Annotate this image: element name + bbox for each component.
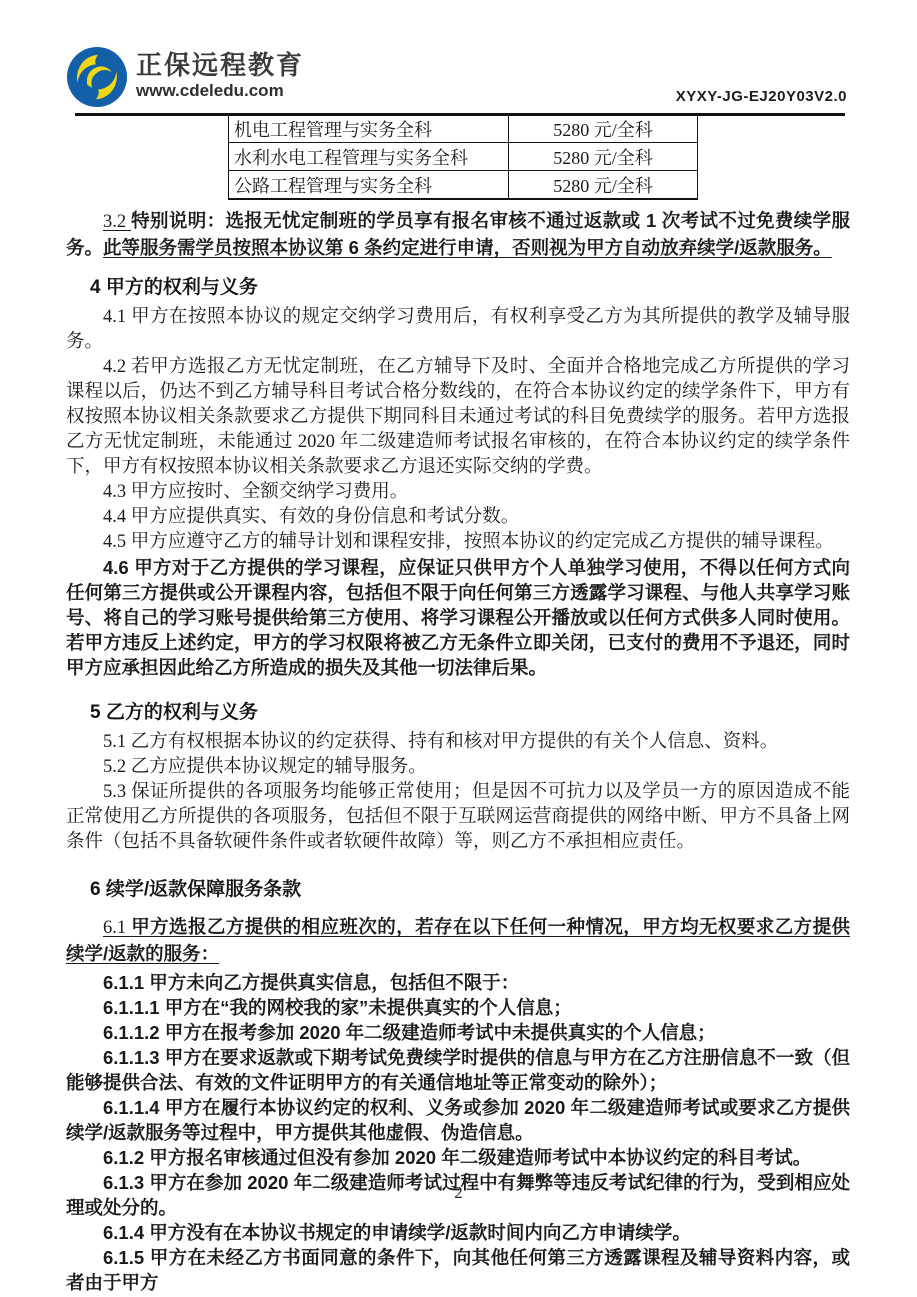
section-6-heading: 6 续学/返款保障服务条款 [90,877,850,902]
clause-6-1-text: 甲方选报乙方提供的相应班次的，若存在以下任何一种情况，甲方均无权要求乙方提供续学… [66,916,850,964]
course-cell: 公路工程管理与实务全科 [229,171,509,200]
clause-4-6: 4.6 甲方对于乙方提供的学习课程，应保证只供甲方个人单独学习使用，不得以任何方… [66,555,850,680]
header-divider-rule [75,113,845,116]
brand-name: 正保远程教育 [136,50,304,80]
price-cell: 5280 元/全科 [509,171,698,200]
clause-4-4: 4.4 甲方应提供真实、有效的身份信息和考试分数。 [66,505,850,530]
course-price-table: 机电工程管理与实务全科 5280 元/全科 水利水电工程管理与实务全科 5280… [228,114,698,200]
page-number: 2 [0,1183,917,1203]
clause-6-1-1-2: 6.1.1.2 甲方在报考参加 2020 年二级建造师考试中未提供真实的个人信息… [66,1020,850,1045]
contract-body: 3.2 特别说明：选报无忧定制班的学员享有报名审核不通过返款或 1 次考试不过免… [66,208,850,1295]
brand-text-block: 正保远程教育 www.cdeledu.com [136,46,304,102]
clause-5-3: 5.3 保证所提供的各项服务均能够正常使用；但是因不可抗力以及学员一方的原因造成… [66,780,850,855]
clause-4-5: 4.5 甲方应遵守乙方的辅导计划和课程安排，按照本协议的约定完成乙方提供的辅导课… [66,530,850,555]
clause-5-1: 5.1 乙方有权根据本协议的约定获得、持有和核对甲方提供的有关个人信息、资料。 [66,730,850,755]
clause-6-1-2: 6.1.2 甲方报名审核通过但没有参加 2020 年二级建造师考试中本协议约定的… [66,1145,850,1170]
clause-6-1-5: 6.1.5 甲方在未经乙方书面同意的条件下，向其他任何第三方透露课程及辅导资料内… [66,1245,850,1295]
clause-6-1-1-4: 6.1.1.4 甲方在履行本协议约定的权利、义务或参加 2020 年二级建造师考… [66,1095,850,1145]
course-cell: 水利水电工程管理与实务全科 [229,143,509,171]
clause-6-1-1-3: 6.1.1.3 甲方在要求返款或下期考试免费续学时提供的信息与甲方在乙方注册信息… [66,1045,850,1095]
clause-4-1: 4.1 甲方在按照本协议的规定交纳学习费用后，有权利享受乙方为其所提供的教学及辅… [66,305,850,355]
clause-5-2: 5.2 乙方应提供本协议规定的辅导服务。 [66,755,850,780]
table-row: 公路工程管理与实务全科 5280 元/全科 [229,171,698,200]
section-5-heading: 5 乙方的权利与义务 [90,700,850,725]
clause-6-1-1: 6.1.1 甲方未向乙方提供真实信息，包括但不限于： [66,970,850,995]
clause-3-2-underlined: 此等服务需学员按照本协议第 6 条约定进行申请，否则视为甲方自动放弃续学/返款服… [103,237,832,258]
section-4-heading: 4 甲方的权利与义务 [90,275,850,300]
document-code: XYXY-JG-EJ20Y03V2.0 [676,88,847,105]
price-cell: 5280 元/全科 [509,143,698,171]
clause-6-1-4: 6.1.4 甲方没有在本协议书规定的申请续学/返款时间内向乙方申请续学。 [66,1220,850,1245]
company-logo: 正保远程教育 www.cdeledu.com [66,46,304,108]
table-row: 水利水电工程管理与实务全科 5280 元/全科 [229,143,698,171]
document-page: 正保远程教育 www.cdeledu.com XYXY-JG-EJ20Y03V2… [0,0,917,1297]
clause-4-3: 4.3 甲方应按时、全额交纳学习费用。 [66,480,850,505]
clause-6-1-1-1: 6.1.1.1 甲方在“我的网校我的家”未提供真实的个人信息； [66,995,850,1020]
clause-number: 6.1 [103,918,131,938]
swirl-globe-icon [66,46,128,108]
clause-3-2: 3.2 特别说明：选报无忧定制班的学员享有报名审核不通过返款或 1 次考试不过免… [66,208,850,260]
price-cell: 5280 元/全科 [509,115,698,143]
clause-number: 3.2 [103,212,131,232]
clause-6-1: 6.1 甲方选报乙方提供的相应班次的，若存在以下任何一种情况，甲方均无权要求乙方… [66,914,850,966]
page-header: 正保远程教育 www.cdeledu.com XYXY-JG-EJ20Y03V2… [0,0,917,114]
clause-4-2: 4.2 若甲方选报乙方无忧定制班，在乙方辅导下及时、全面并合格地完成乙方所提供的… [66,355,850,480]
table-row: 机电工程管理与实务全科 5280 元/全科 [229,115,698,143]
brand-url: www.cdeledu.com [136,80,304,102]
course-cell: 机电工程管理与实务全科 [229,115,509,143]
